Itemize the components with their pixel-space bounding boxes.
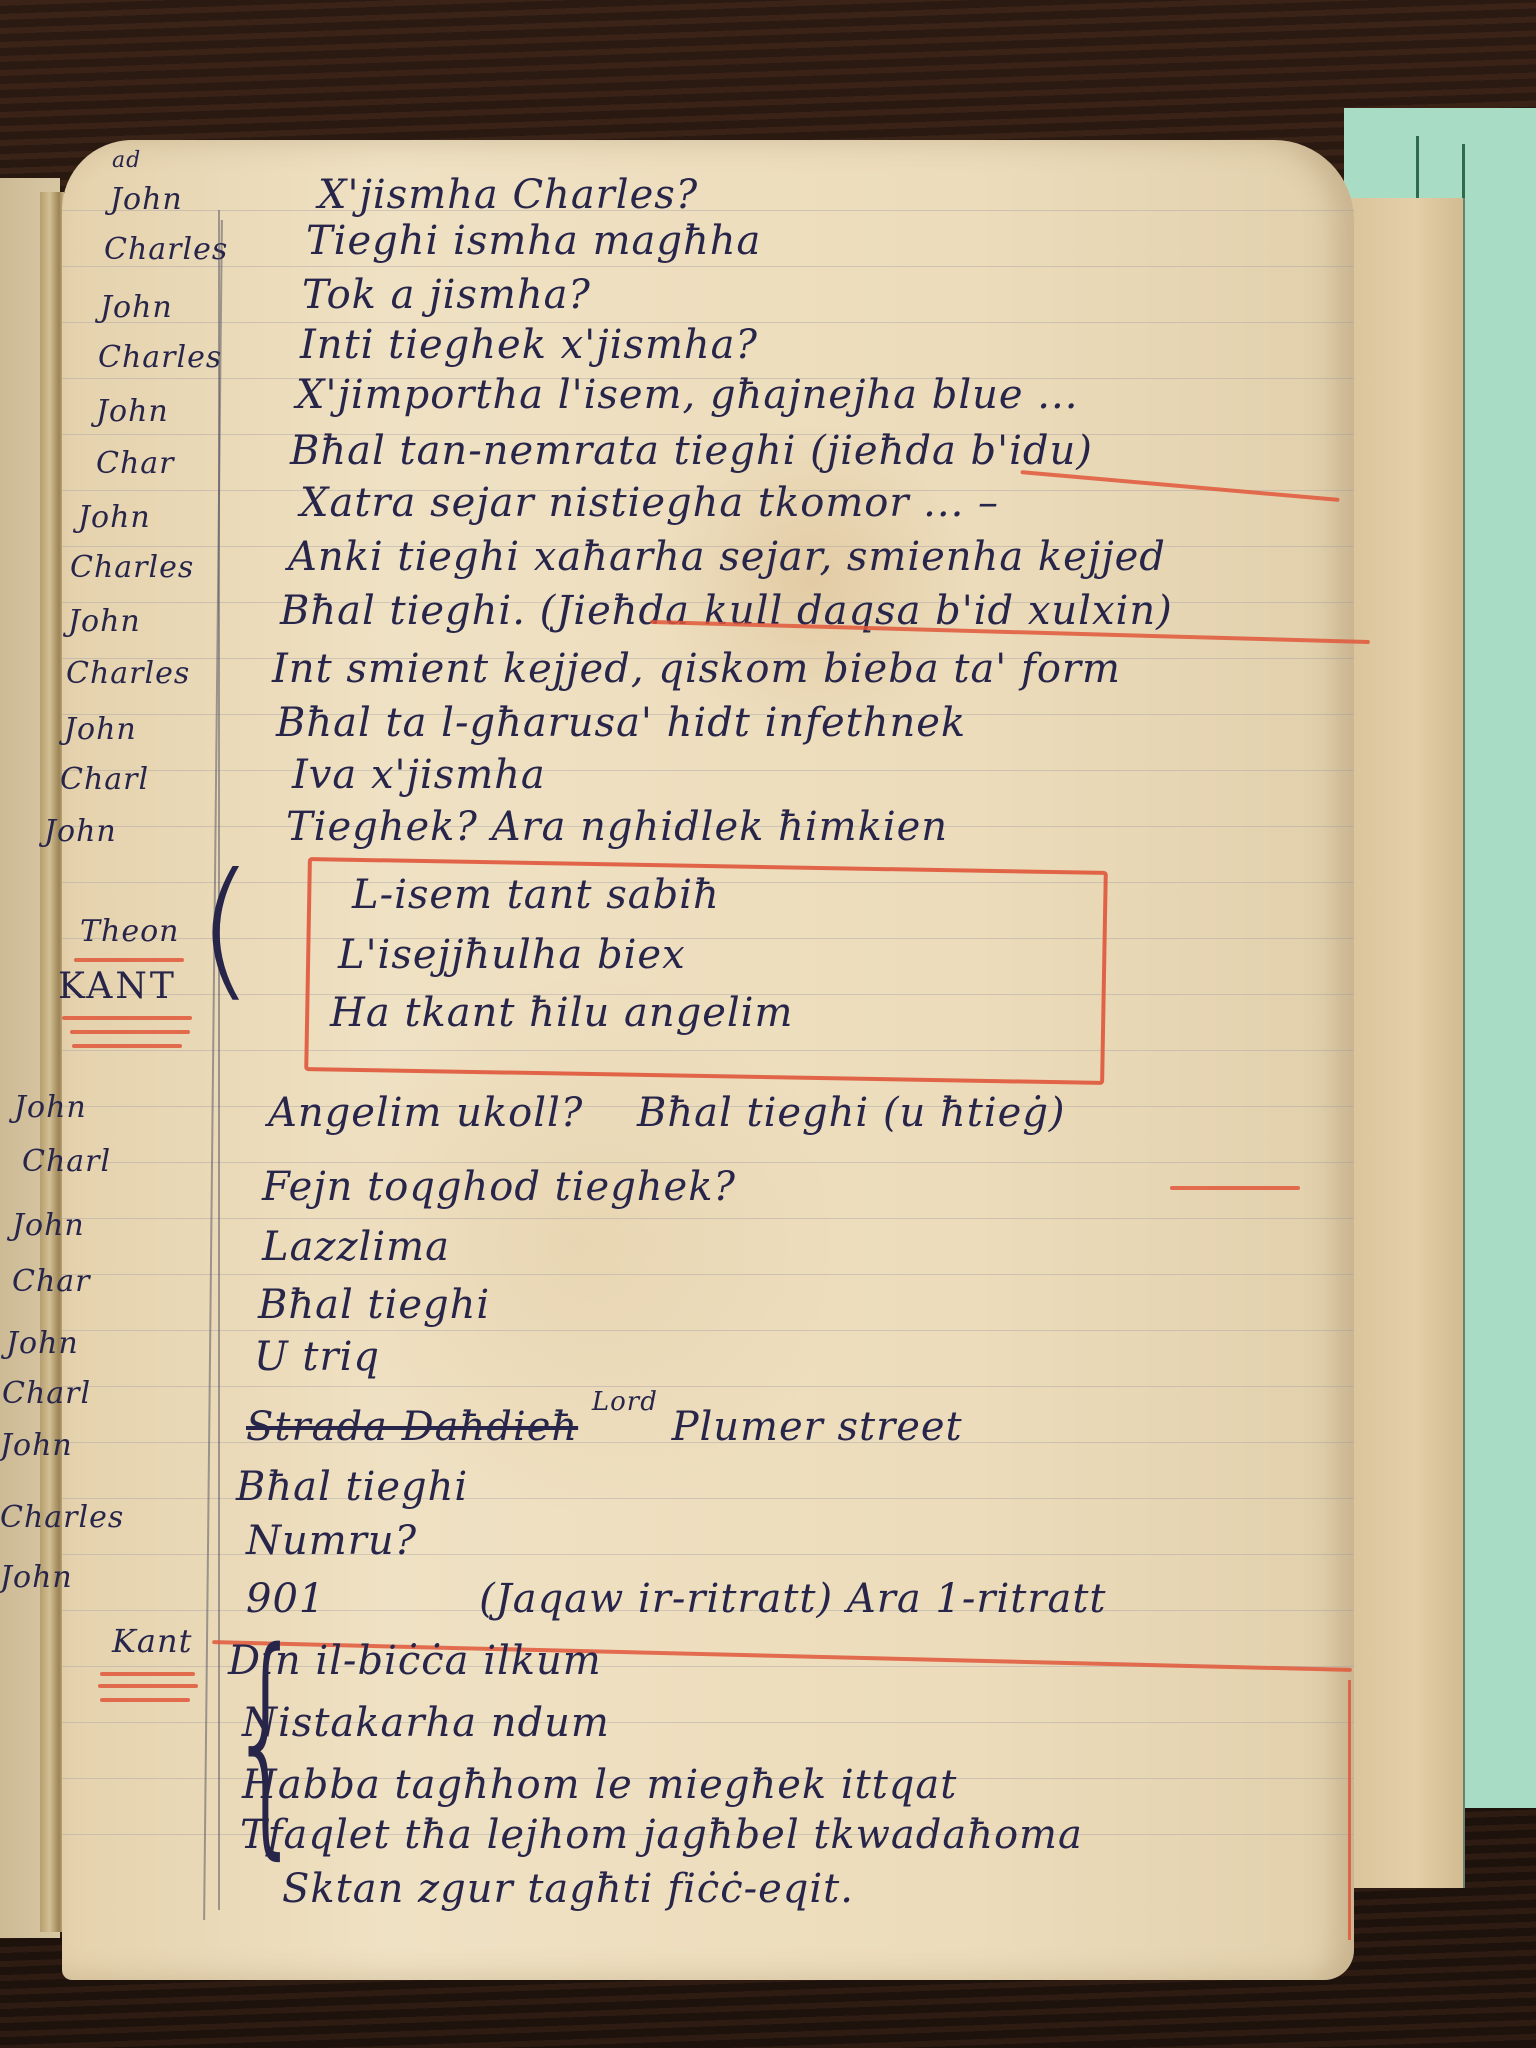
- speaker-label: John: [110, 182, 183, 217]
- speaker-label: John: [100, 290, 173, 325]
- verse-line: Tfaqlet tħa lejhom jagħbel tkwadaħoma: [240, 1812, 1083, 1858]
- red-underline: [70, 1030, 190, 1034]
- speaker-label: John: [44, 814, 117, 849]
- ruled-line: [62, 1274, 1354, 1275]
- dialogue-line: X'jimportha l'isem, għajnejha blue ...: [296, 372, 1078, 418]
- dialogue-line: X'jismha Charles?: [318, 172, 698, 218]
- speaker-label: Charles: [104, 232, 228, 267]
- dialogue-continuation: Plumer street: [672, 1404, 963, 1450]
- speaker-label-kant: Kant: [112, 1622, 192, 1660]
- speaker-label: Char: [96, 446, 175, 481]
- stage-direction: (u ħtieġ): [883, 1090, 1066, 1136]
- inserted-word: Lord: [592, 1387, 658, 1417]
- speaker-label: Charl: [60, 762, 149, 797]
- dialogue-line: Bħal tieghi: [258, 1282, 490, 1328]
- verse-line: Din il-biċċa ilkum: [228, 1638, 602, 1684]
- speaker-label: Char: [12, 1264, 91, 1299]
- ruled-line: [62, 1162, 1354, 1163]
- speaker-label: John: [96, 394, 169, 429]
- verse-line: Ha tkant ħilu angelim: [330, 990, 793, 1036]
- verse-line: L-isem tant sabiħ: [352, 872, 720, 918]
- dialogue-line: U triq: [254, 1334, 380, 1380]
- speaker-label: Charles: [66, 656, 190, 691]
- speaker-label: John: [12, 1208, 85, 1243]
- stage-direction: (jieħda b'idu): [810, 428, 1093, 474]
- red-underline: [72, 1044, 182, 1048]
- ruled-line: [62, 210, 1354, 211]
- dialogue-line: Tieghi ismha magħha: [306, 218, 761, 264]
- verse-line: Habba tagħhom le miegħek ittqat: [242, 1762, 957, 1808]
- dialogue-line: Bħal ta l-għarusa' hidt infethnek: [276, 700, 966, 746]
- dialogue-line: Bħal tan-nemrata tieghi (jieħda b'idu): [290, 428, 1093, 474]
- dialogue-text: Angelim ukoll?: [268, 1090, 583, 1136]
- dialogue-continuation: Ara 1-ritratt: [847, 1576, 1107, 1622]
- underlying-page: [1343, 198, 1465, 1888]
- speaker-label: Theon: [80, 914, 179, 949]
- speaker-label: Charl: [22, 1144, 111, 1179]
- speaker-label: John: [0, 1560, 73, 1595]
- dialogue-line: Tok a jismha?: [302, 272, 591, 318]
- dialogue-line: Bħal tieghi. (Jieħda kull daqsa b'id xul…: [280, 588, 1173, 634]
- verse-line: L'isejjħulha biex: [338, 932, 686, 978]
- page-stack-edge: [40, 192, 64, 1932]
- speaker-label: John: [0, 1428, 73, 1463]
- dialogue-text: Bħal tan-nemrata tieghi: [290, 428, 796, 474]
- red-underline: [74, 958, 184, 962]
- dialogue-line: Int smient kejjed, qiskom bieba ta' form: [272, 646, 1121, 692]
- red-underline: [62, 1016, 192, 1020]
- speaker-label: Charles: [70, 550, 194, 585]
- speaker-label: Charles: [98, 340, 222, 375]
- dialogue-line: Tieghek? Ara nghidlek ħimkien: [286, 804, 948, 850]
- dialogue-line: Inti tieghek x'jismha?: [300, 322, 758, 368]
- speaker-divider-line: [218, 210, 220, 1910]
- dialogue-line: Angelim ukoll? Bħal tieghi (u ħtieġ): [268, 1090, 1066, 1136]
- verse-line: Sktan zgur tagħti fiċċ-eqit.: [282, 1866, 854, 1912]
- dialogue-line: Numru?: [246, 1518, 417, 1564]
- red-box-right: [1348, 1680, 1351, 1940]
- dialogue-line: Fejn toqghod tieghek?: [262, 1164, 736, 1210]
- dialogue-line: Lazzlima: [262, 1224, 450, 1270]
- red-underline: [98, 1684, 198, 1688]
- struck-text: Strada Daħdieħ: [246, 1404, 578, 1450]
- dialogue-line: Anki tieghi xaħarha sejar, smienha kejje…: [288, 534, 1166, 580]
- stage-direction: (Jaqaw ir-ritratt): [479, 1576, 833, 1622]
- brace-bracket: (: [196, 842, 255, 1016]
- dialogue-line: Xatra sejar nistiegha tkomor ... –: [300, 480, 999, 526]
- red-underline: [1170, 1186, 1300, 1190]
- speaker-label: John: [64, 712, 137, 747]
- speaker-label: John: [14, 1090, 87, 1125]
- verse-line: Nistakarha ndum: [242, 1700, 610, 1746]
- dialogue-line: Bħal tieghi: [236, 1464, 468, 1510]
- speaker-label: John: [68, 604, 141, 639]
- speaker-label: John: [6, 1326, 79, 1361]
- dialogue-line: Iva x'jismha: [292, 752, 546, 798]
- dialogue-line: Strada Daħdieħ Lord Plumer street: [246, 1404, 963, 1450]
- top-mark: ad: [112, 148, 141, 173]
- dialogue-text: Bħal tieghi.: [280, 588, 526, 634]
- ruled-line: [62, 770, 1354, 771]
- speaker-label: Charles: [0, 1500, 124, 1535]
- ruled-line: [62, 1330, 1354, 1331]
- dialogue-continuation: Bħal tieghi: [637, 1090, 869, 1136]
- dialogue-line: 901 (Jaqaw ir-ritratt) Ara 1-ritratt: [246, 1576, 1106, 1622]
- red-underline: [100, 1698, 190, 1702]
- speaker-label: John: [78, 500, 151, 535]
- speaker-label-kant: KANT: [58, 966, 177, 1007]
- speaker-label: Charl: [2, 1376, 91, 1411]
- ruled-line: [62, 266, 1354, 267]
- ruled-line: [62, 1386, 1354, 1387]
- red-underline: [100, 1672, 195, 1676]
- ruled-line: [62, 1218, 1354, 1219]
